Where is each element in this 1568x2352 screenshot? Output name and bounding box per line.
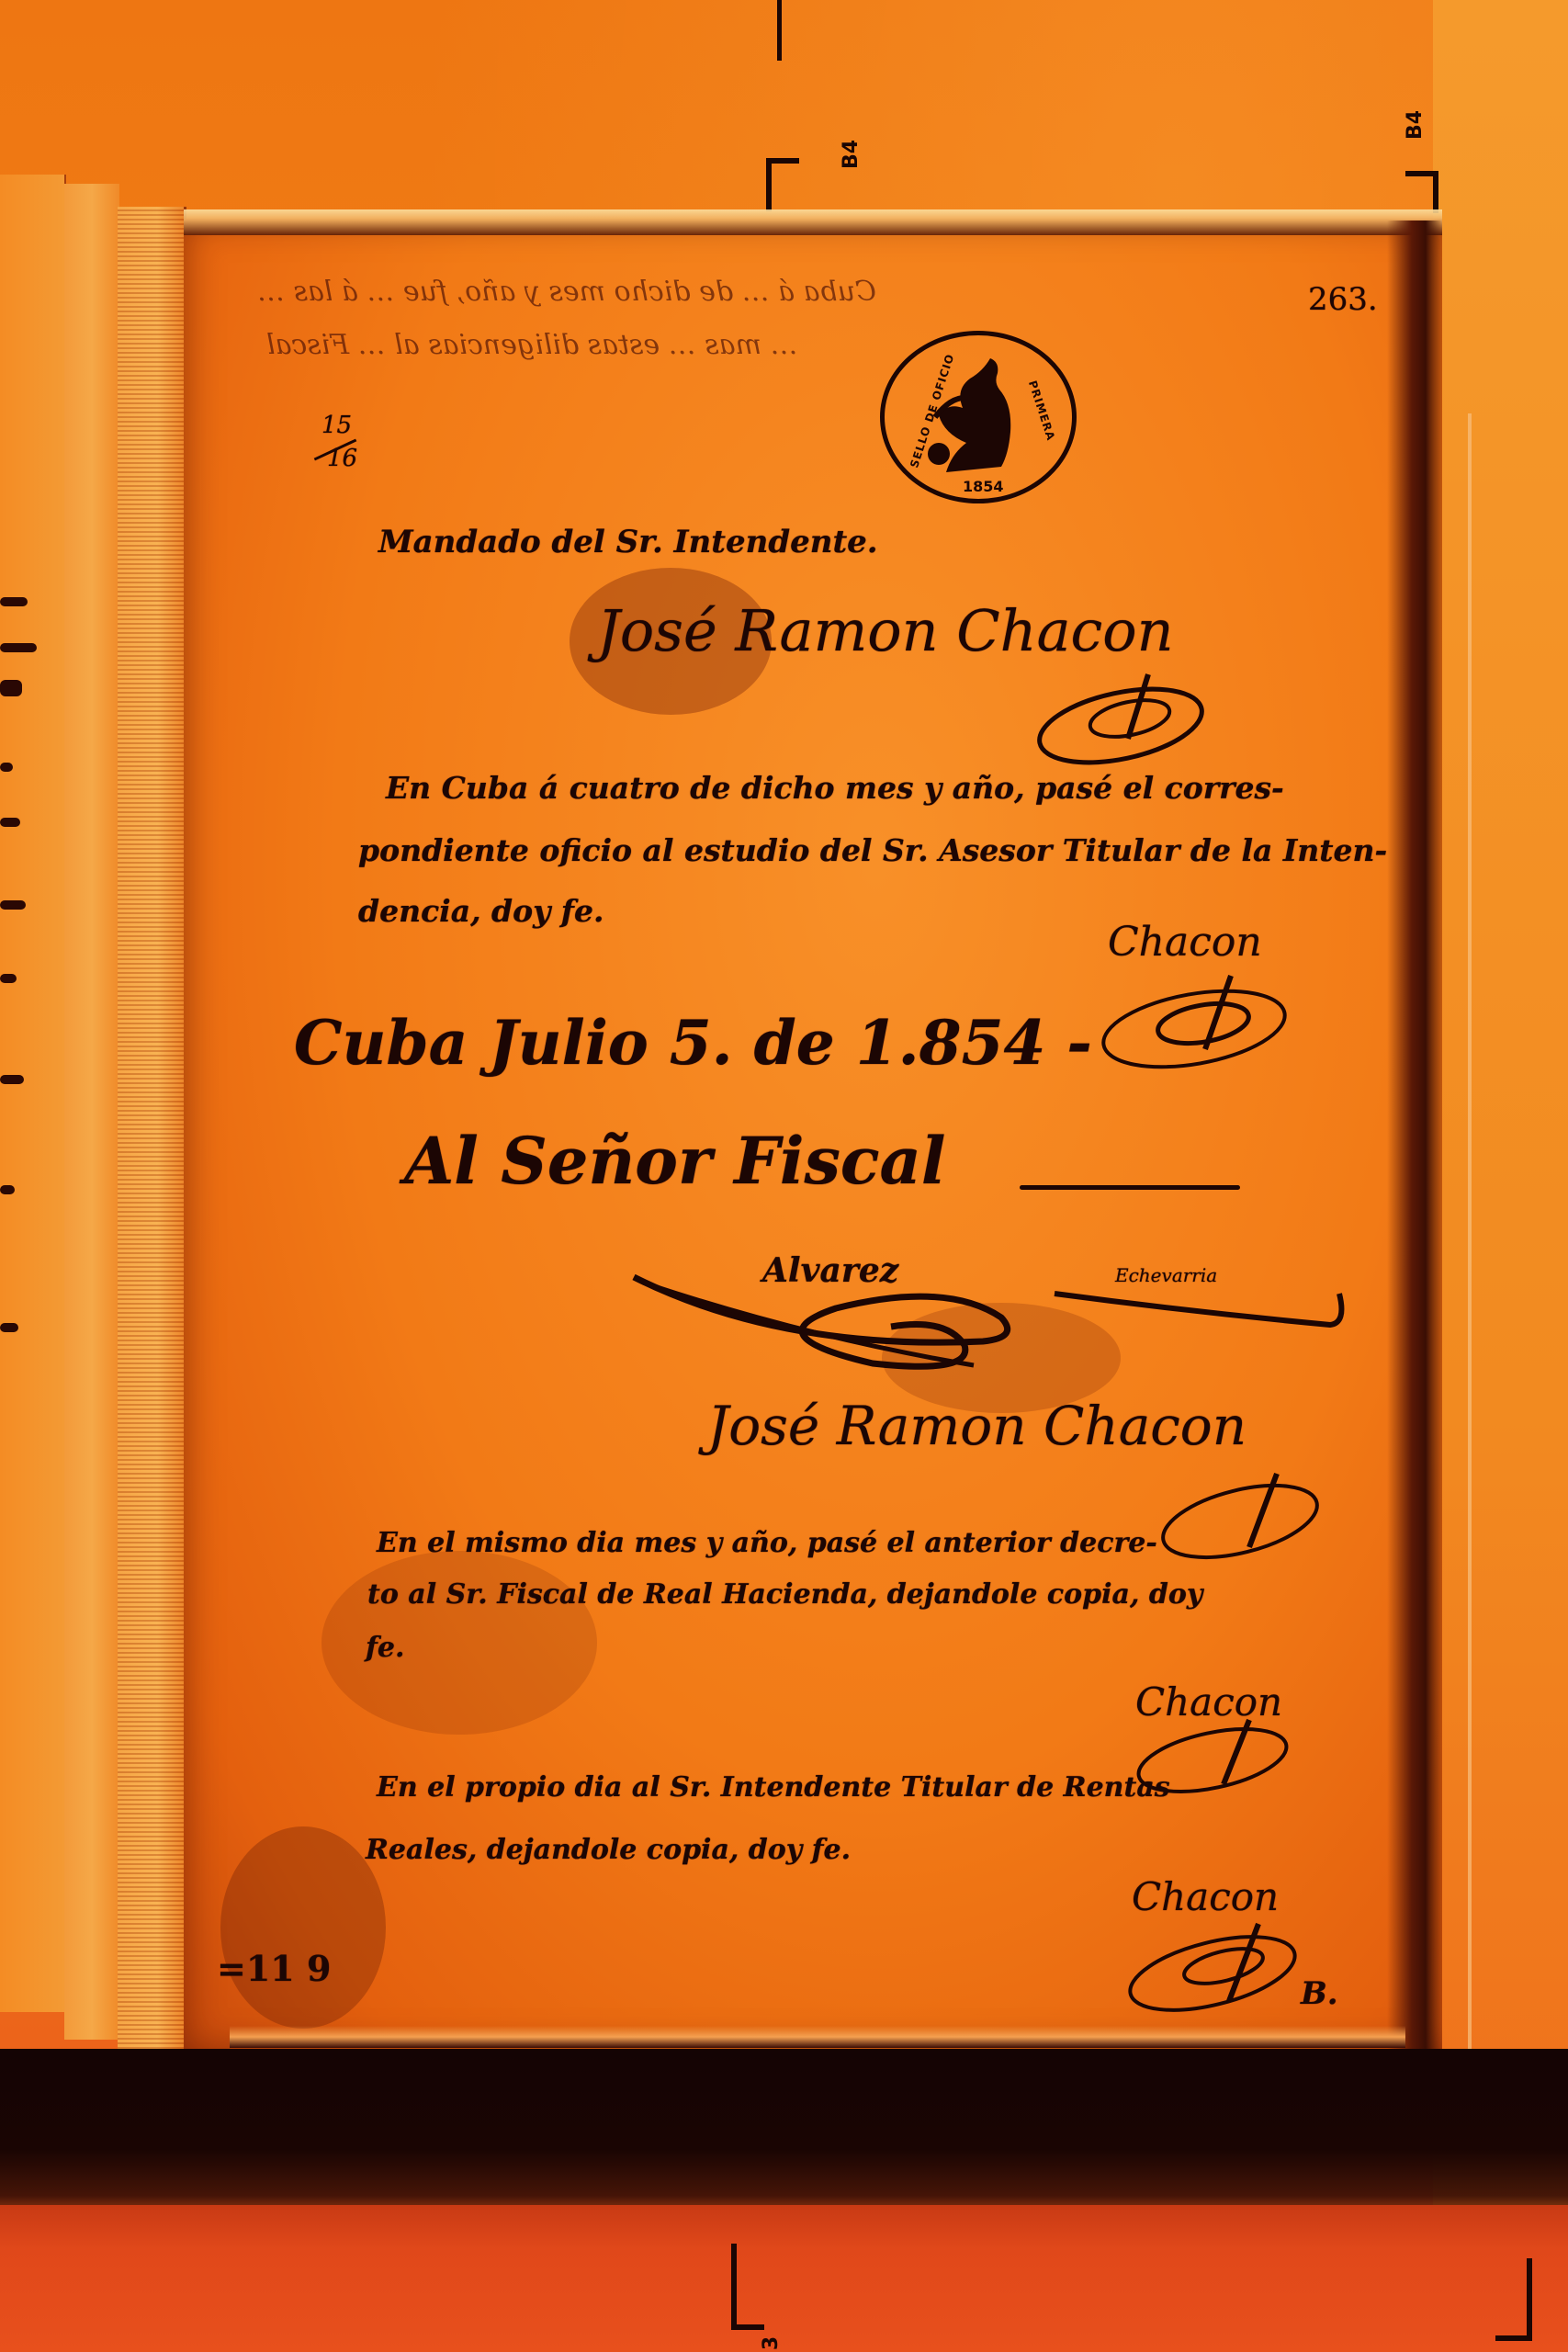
entry-1-line-1: En Cuba á cuatro de dicho mes y año, pas…: [386, 770, 1284, 806]
margin-fraction-denominator: 16: [327, 445, 357, 472]
foxing-stain: [220, 1826, 386, 2029]
binding-paper-strip: [64, 184, 119, 2040]
bottom-right-annotation: B.: [1301, 1975, 1338, 2012]
page-right-edge-highlight: [1468, 413, 1472, 2058]
entry-3-line-2: Reales, dejandole copia, doy fe.: [366, 1834, 851, 1866]
signature-chacon-1: Chacon: [1108, 919, 1262, 966]
rubric-flourish-icon: [625, 1268, 1047, 1396]
crop-mark-bottom-left-horizontal: [731, 2324, 764, 2330]
bleed-through-line-2: … mas … estas diligencias al … Fiscal: [266, 329, 797, 361]
archive-marker-top-right: B4: [1404, 110, 1427, 140]
bottom-backing: [0, 2205, 1568, 2352]
crop-mark-top-center-line: [777, 0, 782, 61]
page-bottom-edge: [230, 2026, 1405, 2048]
crop-mark-top-right-vertical: [1433, 171, 1438, 213]
rubric-flourish-icon: [1121, 1920, 1323, 2021]
previous-folio-ink: [0, 1075, 24, 1084]
crop-mark-top-left-vertical: [766, 158, 772, 211]
crop-mark-bottom-right-vertical: [1527, 2258, 1532, 2341]
folio-number: 263.: [1308, 281, 1378, 318]
signature-chacon-3: Chacon: [1132, 1874, 1279, 1919]
entry-2-line-2: to al Sr. Fiscal de Real Hacienda, dejan…: [367, 1578, 1202, 1611]
margin-fraction-numerator: 15: [321, 412, 352, 439]
rubric-flourish-icon: [1029, 671, 1213, 781]
bottom-left-annotation: =11 9: [217, 1948, 331, 1989]
crop-mark-bottom-right-horizontal: [1495, 2335, 1532, 2341]
previous-folio-ink: [0, 643, 37, 652]
crop-mark-top-right-horizontal: [1405, 171, 1438, 176]
entry-1-line-2: pondiente oficio al estudio del Sr. Ases…: [358, 832, 1387, 868]
previous-folio-ink: [0, 597, 28, 606]
entry-2-line-1: En el mismo dia mes y año, pasé el anter…: [377, 1527, 1157, 1559]
signature-jose-ramon-chacon-2: José Ramon Chacon: [707, 1395, 1247, 1457]
entry-3-line-1: En el propio dia al Sr. Intendente Titul…: [377, 1771, 1170, 1804]
decree-address-line: Al Señor Fiscal: [404, 1123, 945, 1199]
binding-gauze: [118, 207, 186, 2049]
official-seal: SELLO DE OFICIO PRIMERA 1854: [880, 331, 1077, 503]
rubric-flourish-icon: [1093, 974, 1304, 1084]
previous-folio-ink: [0, 974, 17, 983]
decree-address-dash: [1020, 1185, 1240, 1190]
entry-2-line-3: fe.: [366, 1632, 404, 1664]
rubric-underline-icon: [1047, 1283, 1350, 1338]
bleed-through-line-1: Cuba á … de dicho mes y año, fue … á las…: [257, 276, 876, 308]
signature-jose-ramon-chacon-1: José Ramon Chacon: [597, 597, 1174, 664]
previous-folio-ink: [0, 1323, 18, 1332]
archive-marker-bottom-left: 3: [760, 2336, 783, 2350]
mandate-line: Mandado del Sr. Intendente.: [378, 524, 878, 560]
margin-fraction: 15 16: [312, 412, 367, 485]
seal-year: 1854: [963, 478, 1004, 495]
crop-mark-top-left-horizontal: [766, 158, 799, 164]
page-right-edge-shadow: [1387, 220, 1442, 2058]
previous-folio-ink: [0, 1185, 15, 1194]
previous-folio-edge: [0, 175, 66, 2012]
rubric-flourish-icon: [1148, 1470, 1332, 1571]
previous-folio-ink: [0, 680, 22, 696]
archive-marker-top-left: B4: [840, 140, 863, 169]
previous-folio-ink: [0, 818, 20, 827]
backing-board-right: [1433, 0, 1568, 2352]
previous-folio-ink: [0, 763, 13, 772]
decree-date-line: Cuba Julio 5. de 1.854 -: [294, 1007, 1092, 1079]
page-top-edge: [184, 209, 1442, 235]
crop-mark-bottom-left-vertical: [731, 2244, 737, 2330]
previous-folio-ink: [0, 900, 26, 910]
entry-1-line-3: dencia, doy fe.: [358, 893, 604, 929]
